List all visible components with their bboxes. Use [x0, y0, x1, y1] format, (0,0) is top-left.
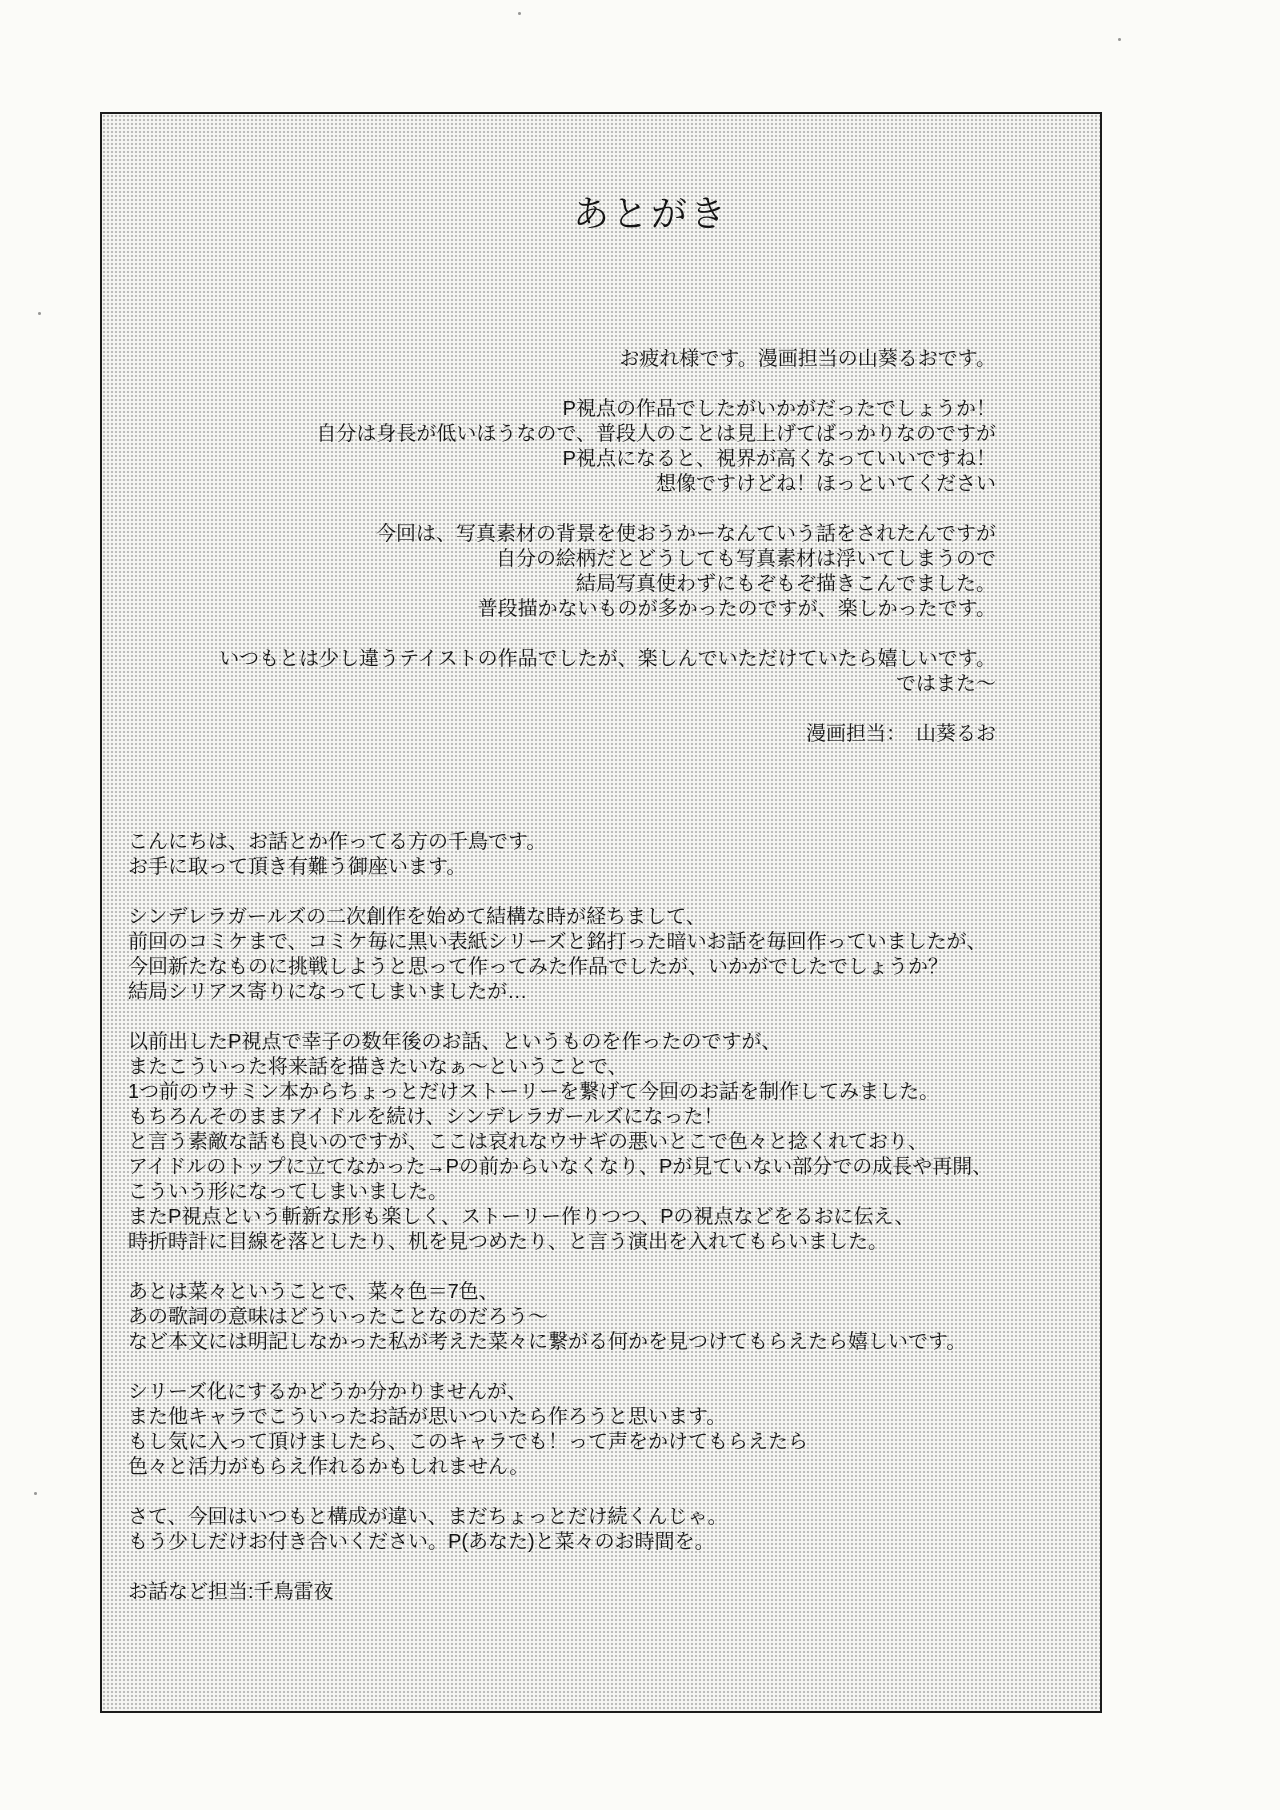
page-title: あとがき [152, 186, 1150, 237]
artist-message-line: 漫画担当： 山葵るお [219, 722, 996, 747]
writer-message-line: 今回新たなものに挑戦しようと思って作ってみた作品でしたが、いかがでしたでしょうか… [128, 955, 992, 980]
artist-message-line [219, 697, 996, 722]
artist-message-line [219, 372, 996, 397]
writer-message-line: 以前出したP視点で幸子の数年後のお話、というものを作ったのですが、 [128, 1030, 992, 1055]
writer-message-line: シリーズ化にするかどうか分かりませんが、 [128, 1380, 992, 1405]
writer-message-line: 色々と活力がもらえ作れるかもしれません。 [128, 1455, 992, 1480]
artist-message-line [219, 622, 996, 647]
writer-message-line: お手に取って頂き有難う御座います。 [128, 855, 992, 880]
artist-message-line: 自分は身長が低いほうなので、普段人のことは見上げてばっかりなのですが [219, 422, 996, 447]
writer-message-line: お話など担当:千鳥雷夜 [128, 1580, 992, 1605]
artist-message-line [219, 497, 996, 522]
writer-message-line: など本文には明記しなかった私が考えた菜々に繋がる何かを見つけてもらえたら嬉しいで… [128, 1330, 992, 1355]
writer-message-line [128, 880, 992, 905]
writer-message-line: アイドルのトップに立てなかった→Pの前からいなくなり、Pが見ていない部分での成長… [128, 1155, 992, 1180]
writer-message-line: またP視点という斬新な形も楽しく、ストーリー作りつつ、Pの視点などをるおに伝え、 [128, 1205, 992, 1230]
writer-message-line: またこういった将来話を描きたいなぁ〜ということで、 [128, 1055, 992, 1080]
scan-speck [1118, 38, 1121, 41]
scan-speck [38, 312, 41, 315]
writer-message-line: と言う素敵な話も良いのですが、ここは哀れなウサギの悪いとこで色々と捻くれており、 [128, 1130, 992, 1155]
writer-message-line: もし気に入って頂けましたら、このキャラでも！って声をかけてもらえたら [128, 1430, 992, 1455]
scan-speck [34, 1492, 37, 1495]
writer-message-line: 結局シリアス寄りになってしまいましたが… [128, 980, 992, 1005]
writer-message-line: あとは菜々ということで、菜々色＝7色、 [128, 1280, 992, 1305]
afterword-page: あとがき お疲れ様です。漫画担当の山葵るおです。 P視点の作品でしたがいかがだっ… [100, 112, 1102, 1713]
artist-message-line: 結局写真使わずにもぞもぞ描きこんでました。 [219, 572, 996, 597]
writer-message-block: こんにちは、お話とか作ってる方の千鳥です。お手に取って頂き有難う御座います。 シ… [128, 830, 992, 1605]
writer-message-line: 時折時計に目線を落としたり、机を見つめたり、と言う演出を入れてもらいました。 [128, 1230, 992, 1255]
scan-speck [518, 12, 521, 15]
artist-message-line: いつもとは少し違うテイストの作品でしたが、楽しんでいただけていたら嬉しいです。 [219, 647, 996, 672]
artist-message-line: 普段描かないものが多かったのですが、楽しかったです。 [219, 597, 996, 622]
writer-message-line: こういう形になってしまいました。 [128, 1180, 992, 1205]
writer-message-line: もう少しだけお付き合いください。P(あなた)と菜々のお時間を。 [128, 1530, 992, 1555]
writer-message-line: あの歌詞の意味はどういったことなのだろう〜 [128, 1305, 992, 1330]
writer-message-line [128, 1355, 992, 1380]
artist-message-line: 今回は、写真素材の背景を使おうかーなんていう話をされたんですが [219, 522, 996, 547]
writer-message-line [128, 1255, 992, 1280]
artist-message-line: P視点になると、視界が高くなっていいですね！ [219, 447, 996, 472]
artist-message-line: 想像ですけどね！ほっといてください [219, 472, 996, 497]
writer-message-line: 前回のコミケまで、コミケ毎に黒い表紙シリーズと銘打った暗いお話を毎回作っていまし… [128, 930, 992, 955]
artist-message-line: ではまた〜 [219, 672, 996, 697]
writer-message-line [128, 1005, 992, 1030]
writer-message-line: こんにちは、お話とか作ってる方の千鳥です。 [128, 830, 992, 855]
writer-message-line: また他キャラでこういったお話が思いついたら作ろうと思います。 [128, 1405, 992, 1430]
artist-message-line: お疲れ様です。漫画担当の山葵るおです。 [219, 347, 996, 372]
writer-message-line: 1つ前のウサミン本からちょっとだけストーリーを繋げて今回のお話を制作してみました… [128, 1080, 992, 1105]
writer-message-line [128, 1555, 992, 1580]
artist-message-line: 自分の絵柄だとどうしても写真素材は浮いてしまうので [219, 547, 996, 572]
writer-message-line: もちろんそのままアイドルを続け、シンデレラガールズになった！ [128, 1105, 992, 1130]
artist-message-block: お疲れ様です。漫画担当の山葵るおです。 P視点の作品でしたがいかがだったでしょう… [219, 347, 996, 747]
artist-message-line: P視点の作品でしたがいかがだったでしょうか！ [219, 397, 996, 422]
writer-message-line [128, 1480, 992, 1505]
writer-message-line: さて、今回はいつもと構成が違い、まだちょっとだけ続くんじゃ。 [128, 1505, 992, 1530]
writer-message-line: シンデレラガールズの二次創作を始めて結構な時が経ちまして、 [128, 905, 992, 930]
